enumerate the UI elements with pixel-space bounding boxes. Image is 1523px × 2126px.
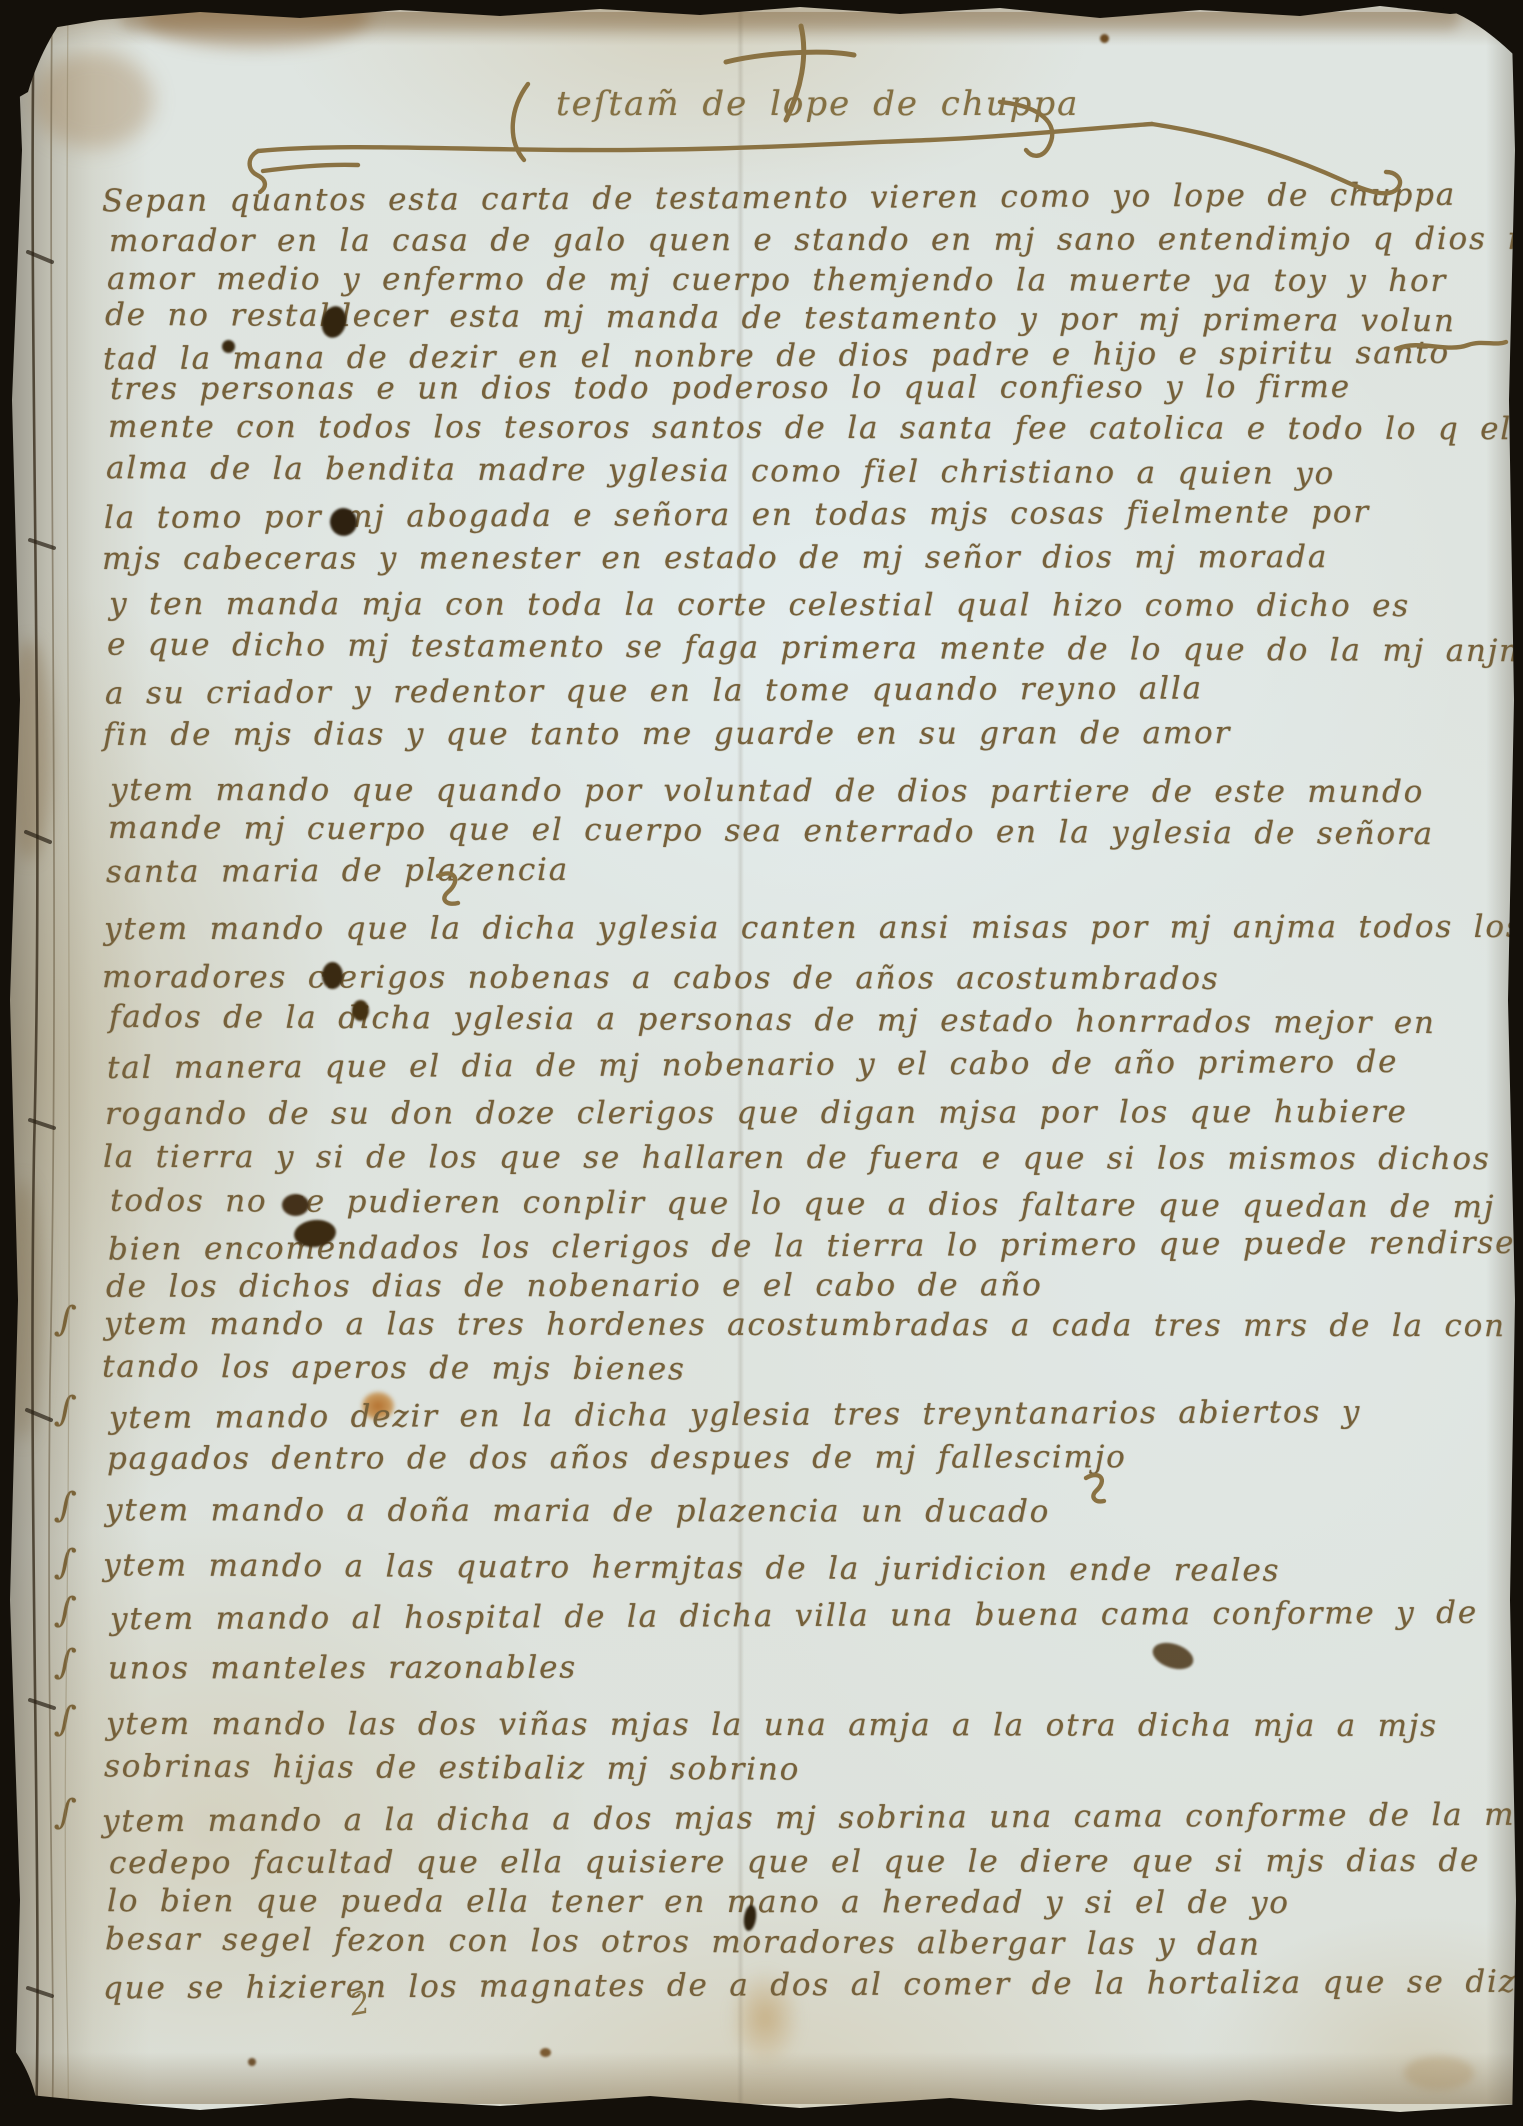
text-line: fados de la dicha yglesia a personas de … <box>109 999 1436 1041</box>
text-line: amor medio y enfermo de mj cuerpo themje… <box>107 261 1447 299</box>
stain <box>2 1180 42 1440</box>
text-line: tando los aperos de mjs bienes <box>102 1349 686 1388</box>
manuscript-page: teſtam̃ de lope de chuppa 2 Sepan quanto… <box>0 0 1523 2126</box>
text-line: la tierra y si de los que se hallaren de… <box>103 1139 1491 1177</box>
text-line: alma de la bendita madre yglesia como fi… <box>106 450 1335 492</box>
ink-blot <box>352 1000 369 1021</box>
text-line: lo bien que pueda ella tener en mano a h… <box>107 1883 1290 1921</box>
text-line: mande mj cuerpo que el cuerpo sea enterr… <box>108 810 1434 852</box>
text-line: tal manera que el dia de mj nobenario y … <box>107 1044 1398 1086</box>
text-line: la tomo por mj abogada e señora en todas… <box>104 494 1370 536</box>
stain <box>1404 2056 1474 2090</box>
stain <box>248 2058 256 2066</box>
text-line: Sepan quantos esta carta de testamento v… <box>102 177 1456 219</box>
stain <box>1100 34 1109 43</box>
text-line: tres personas e un dios todo poderoso lo… <box>110 369 1351 407</box>
text-line: mente con todos los tesoros santos de la… <box>108 409 1512 447</box>
text-line: cedepo facultad que ella quisiere que el… <box>109 1843 1480 1881</box>
ink-blot <box>282 1194 309 1216</box>
text-line: que se hizieren los magnates de a dos al… <box>103 1964 1523 2007</box>
text-line: morador en la casa de galo quen e stando… <box>109 221 1523 259</box>
text-line: rogando de su don doze clerigos que diga… <box>105 1094 1408 1132</box>
text-line: ytem mando las dos viñas mjas la una amj… <box>106 1706 1438 1744</box>
text-line: pagados dentro de dos años despues de mj… <box>107 1439 1127 1477</box>
stain <box>34 52 154 148</box>
stain <box>6 640 52 860</box>
ink-blot <box>222 340 235 353</box>
text-line: ytem mando a la dicha a dos mjas mj sobr… <box>102 1797 1523 1840</box>
text-line: e que dicho mj testamento se faga primer… <box>107 627 1523 670</box>
text-line: ytem mando al hospital de la dicha villa… <box>110 1595 1478 1637</box>
text-line: moradores clerigos nobenas a cabos de añ… <box>102 959 1219 997</box>
stain <box>540 2048 551 2057</box>
text-line: ytem mando dezir en la dicha yglesia tre… <box>109 1394 1361 1436</box>
text-line: santa maria de plazencia <box>106 852 569 890</box>
text-line: ytem mando que quando por voluntad de di… <box>110 772 1424 810</box>
text-line: mjs cabeceras y menester en estado de mj… <box>102 539 1328 577</box>
page-title: teſtam̃ de lope de chuppa <box>556 84 1079 124</box>
ink-blot <box>322 962 343 989</box>
text-line: besar segel fezon con los otros moradore… <box>105 1921 1261 1962</box>
text-line: y ten manda mja con toda la corte celest… <box>109 586 1410 624</box>
text-line: de los dichos dias de nobenario e el cab… <box>106 1267 1043 1304</box>
text-line: ytem mando a doña maria de plazencia un … <box>105 1492 1050 1529</box>
text-line: ytem mando que la dicha yglesia canten a… <box>104 909 1523 947</box>
text-line: sobrinas hijas de estibaliz mj sobrino <box>104 1748 800 1787</box>
text-line: unos manteles razonables <box>108 1650 577 1687</box>
text-line: a su criador y redentor que en la tome q… <box>105 670 1203 711</box>
text-line: de no restablecer esta mj manda de testa… <box>105 297 1456 339</box>
text-line: ytem mando a las quatro hermjtas de la j… <box>103 1547 1280 1589</box>
text-line: fin de mjs dias y que tanto me guarde en… <box>103 715 1231 753</box>
ink-blot <box>1149 1638 1196 1674</box>
text-line: ytem mando a las tres hordenes acostumbr… <box>104 1306 1506 1344</box>
